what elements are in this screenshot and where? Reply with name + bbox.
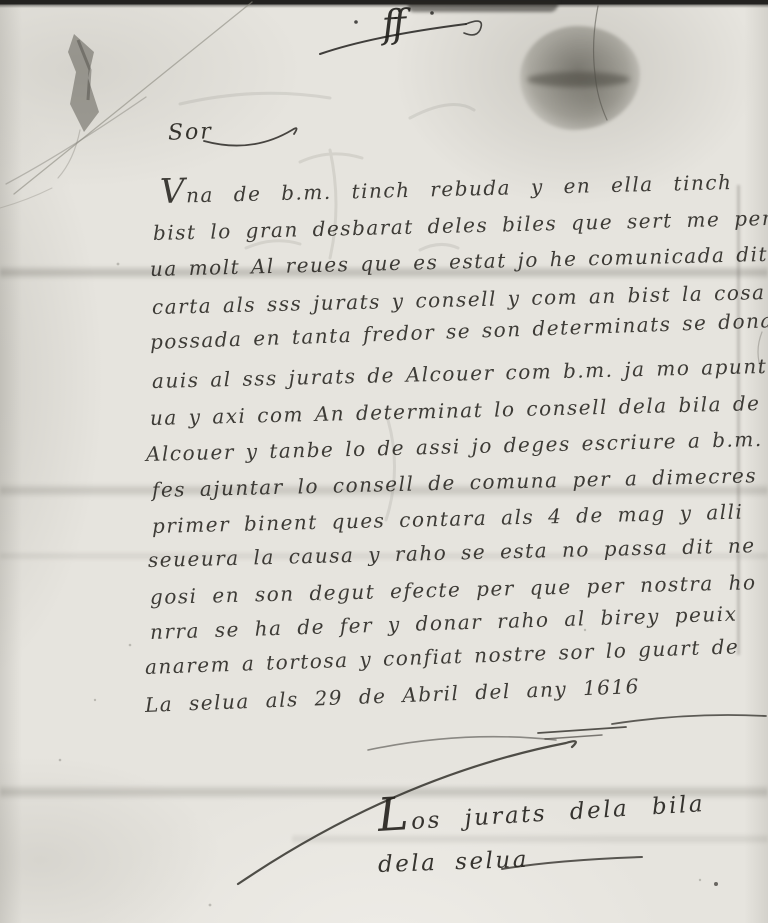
header-cross-mark: ff xyxy=(380,1,403,46)
left-crease-lines xyxy=(0,2,252,208)
manuscript-line-14: anarem a tortosa y confiat nostre sor lo… xyxy=(145,635,740,678)
seal-stain xyxy=(520,26,640,130)
manuscript-line-8: Alcouer y tanbe lo de assi jo deges escr… xyxy=(146,428,763,465)
salutation-swash xyxy=(204,128,297,145)
manuscript-dateline: La selua als 29 de Abril del any 1616 xyxy=(145,675,641,716)
signature-line-2: dela selua xyxy=(378,847,530,878)
manuscript-line-11: seueura la causa y raho se esta no passa… xyxy=(148,534,756,571)
manuscript-line-6: auis al sss jurats de Alcouer com b.m. j… xyxy=(152,355,768,392)
manuscript-page: ff Sor Vna de b.m. tinch rebuda y en ell… xyxy=(0,0,768,923)
manuscript-line-7: ua y axi com An determinat lo consell de… xyxy=(150,392,761,429)
manuscript-line-1: Vna de b.m. tinch rebuda y en ella tinch xyxy=(160,169,733,207)
manuscript-line-10: primer binent ques contara als 4 de mag … xyxy=(152,501,744,537)
paper-tear-mark xyxy=(68,34,99,132)
salutation: Sor xyxy=(168,119,214,146)
manuscript-line-2: bist lo gran desbarat deles biles que se… xyxy=(153,206,768,244)
dateline-flourishes xyxy=(368,715,766,750)
fold-crease-5 xyxy=(292,833,768,845)
manuscript-line-12: gosi en son degut efecte per que per nos… xyxy=(150,571,757,608)
scan-top-edge-blob xyxy=(408,0,558,12)
